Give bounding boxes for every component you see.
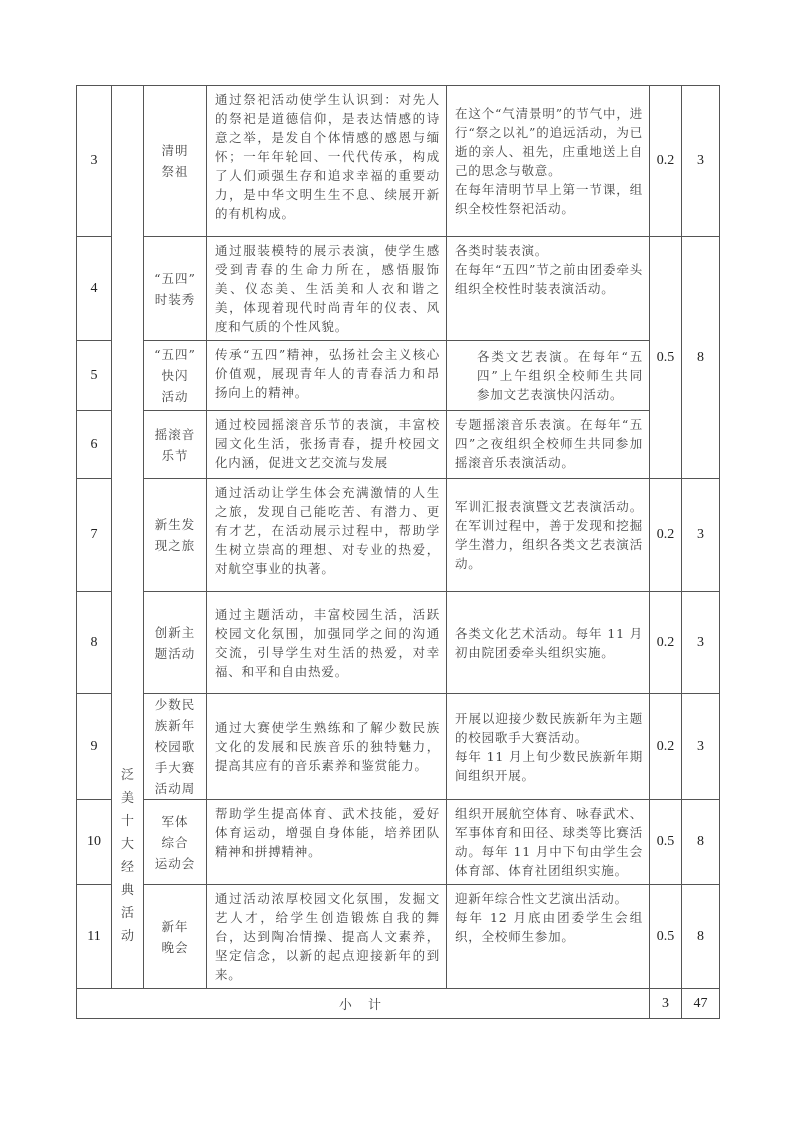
activity-name: 少数民 族新年 校园歌 手大赛 活动周 — [144, 694, 207, 800]
hours-value: 8 — [682, 885, 720, 989]
category-char: 典 — [112, 879, 143, 902]
table-row: 8 创新主 题活动 通过主题活动，丰富校园生活，活跃校园文化氛围，加强同学之间的… — [77, 592, 720, 694]
table-row: 5 “五四” 快闪 活动 传承“五四”精神，弘扬社会主义核心价值观，展现青年人的… — [77, 341, 720, 411]
credit-value: 0.2 — [650, 694, 682, 800]
activity-description: 通过服装模特的展示表演，使学生感受到青春的生命力所在，感悟服饰美、仪态美、生活美… — [207, 237, 447, 341]
activity-name-line: 校园歌 — [144, 736, 206, 757]
activity-name: 摇滚音 乐节 — [144, 411, 207, 479]
activity-name-line: 快闪 — [144, 365, 206, 386]
activity-description: 通过校园摇滚音乐节的表演，丰富校园文化生活，张扬青春，提升校园文化内涵，促进文艺… — [207, 411, 447, 479]
row-number: 7 — [77, 479, 112, 592]
activity-name: “五四” 时装秀 — [144, 237, 207, 341]
row-number: 6 — [77, 411, 112, 479]
activity-name-line: “五四” — [144, 344, 206, 365]
hours-value: 8 — [682, 800, 720, 885]
table-row: 11 新年 晚会 通过活动浓厚校园文化氛围，发掘文艺人才，给学生创造锻炼自我的舞… — [77, 885, 720, 989]
credit-value: 0.2 — [650, 592, 682, 694]
hours-value: 3 — [682, 592, 720, 694]
subtotal-label: 小 计 — [77, 989, 650, 1019]
row-number: 4 — [77, 237, 112, 341]
row-number: 8 — [77, 592, 112, 694]
table-row: 9 少数民 族新年 校园歌 手大赛 活动周 通过大赛使学生熟练和了解少数民族文化… — [77, 694, 720, 800]
table-row: 10 军体 综合 运动会 帮助学生提高体育、武术技能，爱好体育运动，增强自身体能… — [77, 800, 720, 885]
subtotal-credit: 3 — [650, 989, 682, 1019]
activity-name-line: 晚会 — [144, 937, 206, 958]
category-char: 大 — [112, 833, 143, 856]
activity-name-line: 新年 — [144, 916, 206, 937]
table-row: 4 “五四” 时装秀 通过服装模特的展示表演，使学生感受到青春的生命力所在，感悟… — [77, 237, 720, 341]
activity-implementation: 军训汇报表演暨文艺表演活动。在军训过程中，善于发现和挖掘学生潜力，组织各类文艺表… — [447, 479, 650, 592]
activity-implementation: 开展以迎接少数民族新年为主题的校园歌手大赛活动。 每年 11 月上旬少数民族新年… — [447, 694, 650, 800]
activity-name-line: 活动周 — [144, 778, 206, 799]
implementation-text: 迎新年综合性文艺演出活动。 — [455, 889, 643, 908]
category-char: 十 — [112, 810, 143, 833]
table-row: 3 泛 美 十 大 经 典 活 动 清明 祭祖 通过祭祀活动使学生认识到：对先人… — [77, 86, 720, 237]
activity-name-line: 手大赛 — [144, 757, 206, 778]
subtotal-row: 小 计 3 47 — [77, 989, 720, 1019]
activity-implementation: 迎新年综合性文艺演出活动。 每年 12 月底由团委学生会组织，全校师生参加。 — [447, 885, 650, 989]
activity-name: 军体 综合 运动会 — [144, 800, 207, 885]
activity-name: 新生发 现之旅 — [144, 479, 207, 592]
row-number: 11 — [77, 885, 112, 989]
activity-name-line: 活动 — [144, 386, 206, 407]
category-char: 经 — [112, 856, 143, 879]
activity-name-line: 少数民 — [144, 694, 206, 715]
activity-implementation: 专题摇滚音乐表演。在每年“五四”之夜组织全校师生共同参加摇滚音乐表演活动。 — [447, 411, 650, 479]
activity-name-line: “五四” — [144, 268, 206, 289]
implementation-text: 在每年“五四”节之前由团委牵头组织全校性时装表演活动。 — [455, 260, 643, 298]
hours-value: 3 — [682, 86, 720, 237]
activity-name-line: 军体 — [144, 811, 206, 832]
row-number: 5 — [77, 341, 112, 411]
activity-name-line: 摇滚音 — [144, 424, 206, 445]
activity-name: 新年 晚会 — [144, 885, 207, 989]
credit-value: 0.5 — [650, 885, 682, 989]
activity-implementation: 组织开展航空体育、咏春武术、军事体育和田径、球类等比赛活动。每年 11 月中下旬… — [447, 800, 650, 885]
implementation-text: 每年 12 月底由团委学生会组织，全校师生参加。 — [455, 908, 643, 946]
activity-description: 通过活动浓厚校园文化氛围，发掘文艺人才，给学生创造锻炼自我的舞台，达到陶冶情操、… — [207, 885, 447, 989]
row-number: 10 — [77, 800, 112, 885]
category-char: 美 — [112, 787, 143, 810]
subtotal-hours: 47 — [682, 989, 720, 1019]
hours-value: 3 — [682, 479, 720, 592]
credit-value: 0.2 — [650, 86, 682, 237]
implementation-text: 在这个“气清景明”的节气中，进行“祭之以礼”的追远活动，为已逝的亲人、祖先，庄重… — [455, 104, 643, 180]
category-char: 泛 — [112, 764, 143, 787]
row-number: 9 — [77, 694, 112, 800]
activity-description: 传承“五四”精神，弘扬社会主义核心价值观，展现青年人的青春活力和昂扬向上的精神。 — [207, 341, 447, 411]
activity-name-line: 题活动 — [144, 643, 206, 664]
activity-description: 通过大赛使学生熟练和了解少数民族文化的发展和民族音乐的独特魅力，提高其应有的音乐… — [207, 694, 447, 800]
activity-implementation: 在这个“气清景明”的节气中，进行“祭之以礼”的追远活动，为已逝的亲人、祖先，庄重… — [447, 86, 650, 237]
implementation-text: 每年 11 月上旬少数民族新年期间组织开展。 — [455, 747, 643, 785]
hours-value: 3 — [682, 694, 720, 800]
activity-name-line: 综合 — [144, 832, 206, 853]
credit-value: 0.5 — [650, 237, 682, 479]
activity-description: 通过活动让学生体会充满激情的人生之旅，发现自己能吃苦、有潜力、更有才艺，在活动展… — [207, 479, 447, 592]
implementation-text: 开展以迎接少数民族新年为主题的校园歌手大赛活动。 — [455, 709, 643, 747]
category-cell: 泛 美 十 大 经 典 活 动 — [112, 86, 144, 989]
activity-name-line: 现之旅 — [144, 535, 206, 556]
category-char: 活 — [112, 902, 143, 925]
activity-name-line: 时装秀 — [144, 289, 206, 310]
category-char: 动 — [112, 925, 143, 948]
activity-name-line: 新生发 — [144, 514, 206, 535]
activity-name-line: 祭祖 — [144, 161, 206, 182]
table-row: 6 摇滚音 乐节 通过校园摇滚音乐节的表演，丰富校园文化生活，张扬青春，提升校园… — [77, 411, 720, 479]
activity-name-line: 清明 — [144, 140, 206, 161]
implementation-text: 各类时装表演。 — [455, 241, 643, 260]
activity-implementation: 各类文艺表演。在每年“五四”上午组织全校师生共同参加文艺表演快闪活动。 — [447, 341, 650, 411]
activities-table: 3 泛 美 十 大 经 典 活 动 清明 祭祖 通过祭祀活动使学生认识到：对先人… — [76, 85, 720, 1019]
activity-name-line: 乐节 — [144, 445, 206, 466]
hours-value: 8 — [682, 237, 720, 479]
activity-description: 通过祭祀活动使学生认识到：对先人的祭祀是道德信仰，是表达情感的诗意之举，是发自个… — [207, 86, 447, 237]
activity-description: 帮助学生提高体育、武术技能，爱好体育运动，增强自身体能，培养团队精神和拼搏精神。 — [207, 800, 447, 885]
table-row: 7 新生发 现之旅 通过活动让学生体会充满激情的人生之旅，发现自己能吃苦、有潜力… — [77, 479, 720, 592]
activity-name: 创新主 题活动 — [144, 592, 207, 694]
activity-implementation: 各类时装表演。 在每年“五四”节之前由团委牵头组织全校性时装表演活动。 — [447, 237, 650, 341]
activity-name-line: 运动会 — [144, 853, 206, 874]
credit-value: 0.2 — [650, 479, 682, 592]
activity-name: 清明 祭祖 — [144, 86, 207, 237]
activity-implementation: 各类文化艺术活动。每年 11 月初由院团委牵头组织实施。 — [447, 592, 650, 694]
credit-value: 0.5 — [650, 800, 682, 885]
row-number: 3 — [77, 86, 112, 237]
activity-name-line: 族新年 — [144, 715, 206, 736]
implementation-text: 在每年清明节早上第一节课，组织全校性祭祀活动。 — [455, 180, 643, 218]
activity-name: “五四” 快闪 活动 — [144, 341, 207, 411]
activity-name-line: 创新主 — [144, 622, 206, 643]
activity-description: 通过主题活动，丰富校园生活，活跃校园文化氛围，加强同学之间的沟通交流，引导学生对… — [207, 592, 447, 694]
